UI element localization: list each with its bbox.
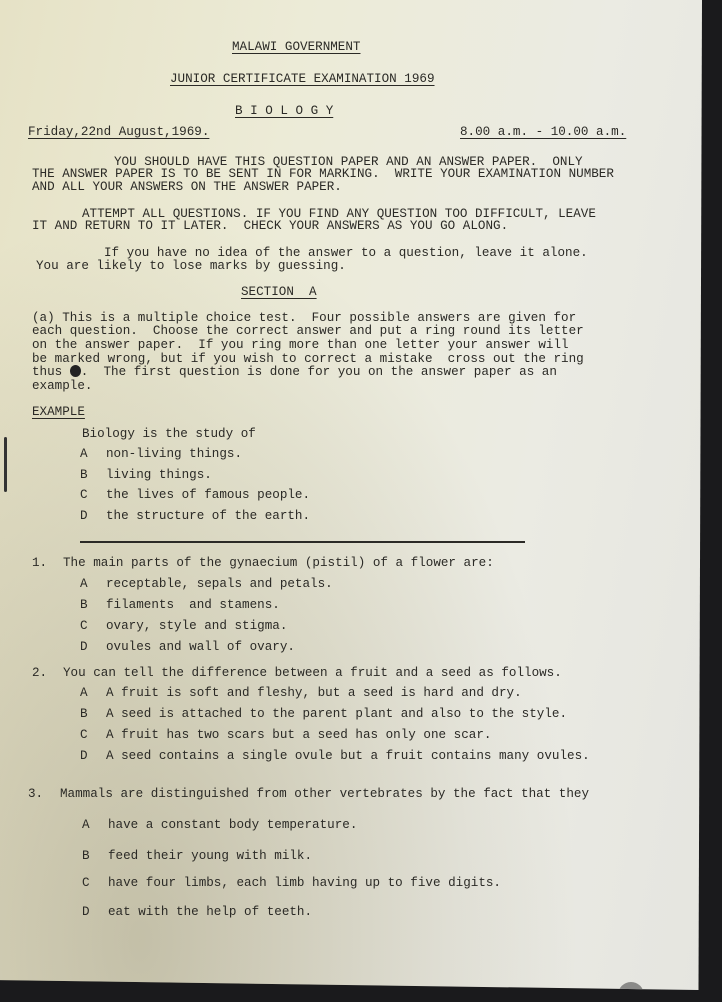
option-text: A fruit has two scars but a seed has onl… <box>106 728 491 742</box>
question-option: Bfeed their young with milk. <box>82 849 312 864</box>
margin-pen-mark <box>4 437 7 492</box>
exam-paper: MALAWI GOVERNMENT JUNIOR CERTIFICATE EXA… <box>0 0 702 990</box>
option-letter: C <box>82 876 108 891</box>
question-option: Bfilaments and stamens. <box>80 598 280 613</box>
question-option: Covary, style and stigma. <box>80 619 287 634</box>
option-letter: D <box>80 509 106 524</box>
option-text: have four limbs, each limb having up to … <box>108 876 501 890</box>
question-option: CA fruit has two scars but a seed has on… <box>80 728 491 743</box>
example-option: Anon-living things. <box>80 447 242 462</box>
intro-line: on the answer paper. If you ring more th… <box>32 338 569 353</box>
section-title: SECTION A <box>241 285 317 300</box>
option-letter: C <box>80 488 106 503</box>
option-letter: B <box>80 598 106 613</box>
option-text: feed their young with milk. <box>108 849 312 863</box>
intro-line: example. <box>32 379 92 394</box>
intro-text: thus <box>32 365 70 379</box>
question-stem: The main parts of the gynaecium (pistil)… <box>63 556 494 571</box>
option-text: ovules and wall of ovary. <box>106 640 295 654</box>
question-option: Chave four limbs, each limb having up to… <box>82 876 501 891</box>
exam-date: Friday,22nd August,1969. <box>28 125 209 140</box>
thumb <box>618 982 644 998</box>
intro-line: thus . The first question is done for yo… <box>32 365 557 380</box>
intro-line: each question. Choose the correct answer… <box>32 324 584 339</box>
option-letter: D <box>80 749 106 764</box>
option-text: non-living things. <box>106 447 242 461</box>
option-letter: A <box>80 686 106 701</box>
instruction-line: You are likely to lose marks by guessing… <box>36 259 346 274</box>
option-text: the lives of famous people. <box>106 488 310 502</box>
option-text: the structure of the earth. <box>106 509 310 523</box>
question-option: Deat with the help of teeth. <box>82 905 312 920</box>
option-letter: D <box>82 905 108 920</box>
option-text: ovary, style and stigma. <box>106 619 287 633</box>
option-text: have a constant body temperature. <box>108 818 357 832</box>
option-letter: A <box>80 577 106 592</box>
crossed-ring-icon <box>70 365 81 377</box>
question-option: Areceptable, sepals and petals. <box>80 577 333 592</box>
question-number: 1. <box>32 556 47 571</box>
option-text: receptable, sepals and petals. <box>106 577 333 591</box>
option-letter: A <box>80 447 106 462</box>
example-stem: Biology is the study of <box>82 427 256 442</box>
divider <box>80 541 525 543</box>
question-stem: You can tell the difference between a fr… <box>63 666 562 681</box>
option-text: A seed contains a single ovule but a fru… <box>106 749 590 763</box>
example-option: Bliving things. <box>80 468 212 483</box>
option-text: A seed is attached to the parent plant a… <box>106 707 567 721</box>
option-text: eat with the help of teeth. <box>108 905 312 919</box>
instruction-line: AND ALL YOUR ANSWERS ON THE ANSWER PAPER… <box>32 180 342 195</box>
option-text: living things. <box>106 468 212 482</box>
option-letter: B <box>82 849 108 864</box>
government-title: MALAWI GOVERNMENT <box>232 40 360 55</box>
option-letter: A <box>82 818 108 833</box>
question-stem: Mammals are distinguished from other ver… <box>60 787 589 802</box>
question-option: BA seed is attached to the parent plant … <box>80 707 567 722</box>
option-text: A fruit is soft and fleshy, but a seed i… <box>106 686 522 700</box>
question-option: AA fruit is soft and fleshy, but a seed … <box>80 686 522 701</box>
intro-text: . The first question is done for you on … <box>81 365 557 379</box>
option-text: filaments and stamens. <box>106 598 280 612</box>
option-letter: C <box>80 728 106 743</box>
example-label: EXAMPLE <box>32 405 85 420</box>
exam-time: 8.00 a.m. - 10.00 a.m. <box>460 125 626 140</box>
question-number: 2. <box>32 666 47 681</box>
option-letter: D <box>80 640 106 655</box>
question-number: 3. <box>28 787 43 802</box>
question-option: Ahave a constant body temperature. <box>82 818 357 833</box>
instruction-line: IT AND RETURN TO IT LATER. CHECK YOUR AN… <box>32 219 508 234</box>
option-letter: B <box>80 707 106 722</box>
exam-title: JUNIOR CERTIFICATE EXAMINATION 1969 <box>170 72 435 87</box>
question-option: DA seed contains a single ovule but a fr… <box>80 749 590 764</box>
question-option: Dovules and wall of ovary. <box>80 640 295 655</box>
example-option: Dthe structure of the earth. <box>80 509 310 524</box>
option-letter: B <box>80 468 106 483</box>
option-letter: C <box>80 619 106 634</box>
subject-title: B I O L O G Y <box>235 104 333 119</box>
example-option: Cthe lives of famous people. <box>80 488 310 503</box>
